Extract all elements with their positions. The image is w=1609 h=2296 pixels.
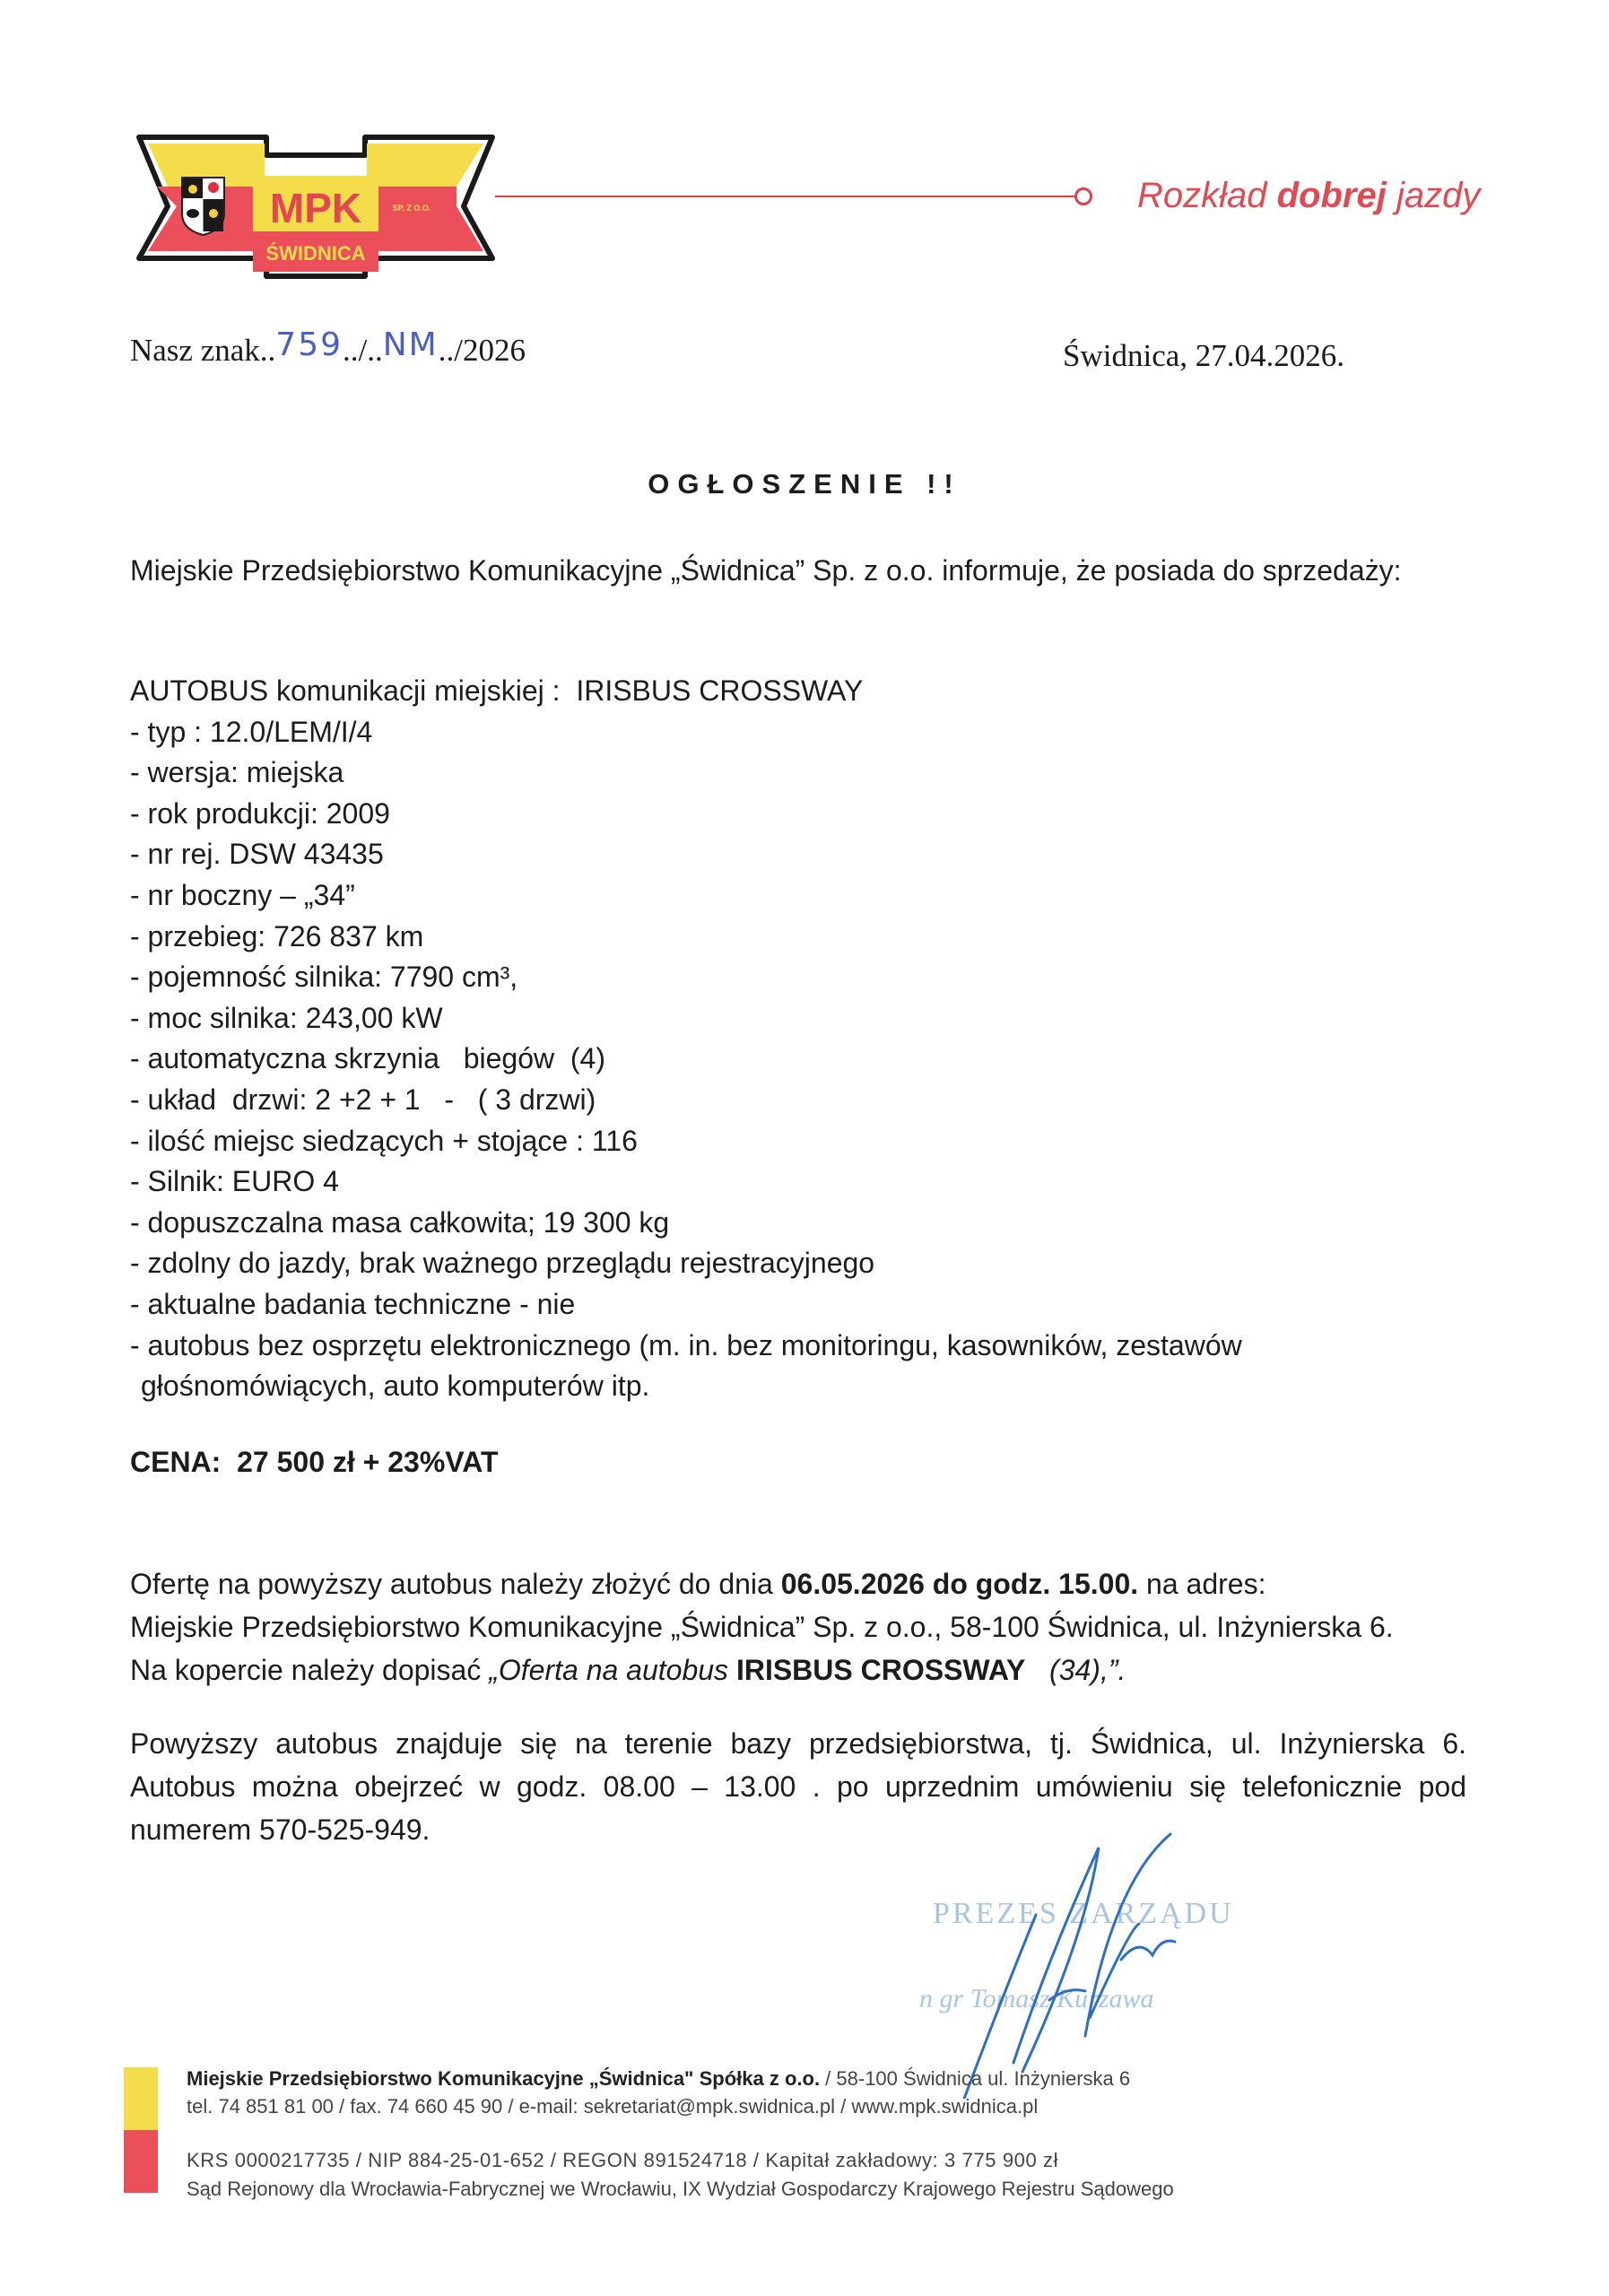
spec-item: - nr boczny – „34” [130,875,1242,917]
envelope-note: „Oferta na autobus [489,1654,736,1686]
logo-mpk-text: MPK [270,185,361,231]
handwritten-number: 759 [275,326,343,363]
slogan-bold: dobrej [1277,176,1387,215]
footer-company-name: Miejskie Przedsiębiorstwo Komunikacyjne … [187,2067,820,2090]
footer-court: Sąd Rejonowy dla Wrocławia-Fabrycznej we… [187,2178,1174,2201]
spec-item: - Silnik: EURO 4 [130,1161,1242,1203]
spec-item: - przebieg: 726 837 km [130,917,1242,958]
offer-line-1: Ofertę na powyższy autobus należy złożyć… [130,1562,1394,1605]
spec-item: - aktualne badania techniczne - nie [130,1284,1242,1326]
offer-line-3: Na kopercie należy dopisać „Oferta na au… [130,1648,1394,1692]
envelope-note-end: (34),”. [1025,1654,1126,1686]
reference-year: ../2026 [439,333,526,368]
page-title: OGŁOSZENIE !! [0,468,1609,500]
slogan-part: jazdy [1387,176,1481,215]
spec-item: - nr rej. DSW 43435 [130,834,1242,875]
reference-label: Nasz znak [130,333,260,368]
offer-paragraph: Ofertę na powyższy autobus należy złożyć… [130,1562,1394,1692]
footer-company: Miejskie Przedsiębiorstwo Komunikacyjne … [187,2067,1130,2091]
spec-item: - ilość miejsc siedzących + stojące : 11… [130,1121,1242,1162]
offer-text: Ofertę na powyższy autobus należy złożyć… [130,1568,781,1600]
reference-number: Nasz znak..759../..NM../2026 [130,332,526,369]
spec-item: - automatyczna skrzynia biegów (4) [130,1039,1242,1080]
handwritten-initials: NM [383,326,439,363]
signature-icon [951,1830,1220,2099]
logo-city-text: ŚWIDNICA [265,242,365,265]
spec-item: - autobus bez osprzętu elektronicznego (… [130,1326,1242,1367]
offer-deadline: 06.05.2026 do godz. 15.00. [781,1568,1138,1600]
mpk-logo: MPK ŚWIDNICA SP. Z O.O. [123,124,509,285]
footer-address: / 58-100 Świdnica ul. Inżynierska 6 [820,2067,1130,2090]
footer-contact: tel. 74 851 81 00 / fax. 74 660 45 90 / … [187,2095,1038,2118]
spec-item: - pojemność silnika: 7790 cm³, [130,957,1242,998]
dots: ../.. [343,333,383,368]
offer-address: Miejskie Przedsiębiorstwo Komunikacyjne … [130,1605,1394,1648]
spec-item: - zdolny do jazdy, brak ważnego przegląd… [130,1243,1242,1284]
spec-item: - wersja: miejska [130,752,1242,794]
spec-item: - typ : 12.0/LEM/I/4 [130,712,1242,753]
location-paragraph: Powyższy autobus znajduje się na terenie… [130,1722,1466,1851]
intro-paragraph: Miejskie Przedsiębiorstwo Komunikacyjne … [130,549,1466,592]
header-circle-icon [1074,187,1092,205]
slogan-part: Rozkład [1137,176,1277,215]
envelope-bus-model: IRISBUS CROSSWAY [736,1654,1025,1686]
specs-heading: AUTOBUS komunikacji miejskiej : IRISBUS … [130,671,1242,712]
spec-item: - rok produkcji: 2009 [130,794,1242,835]
header-divider-line [495,196,1078,197]
spec-item: - moc silnika: 243,00 kW [130,998,1242,1039]
slogan: Rozkład dobrej jazdy [1137,176,1480,216]
offer-text: na adres: [1138,1568,1265,1600]
offer-text: Na kopercie należy dopisać [130,1654,489,1686]
dots: .. [260,333,276,368]
footer-yellow-bar [124,2067,158,2130]
spec-item: - układ drzwi: 2 +2 + 1 - ( 3 drzwi) [130,1080,1242,1121]
coat-of-arms-icon [182,178,224,235]
logo-suffix-text: SP. Z O.O. [393,204,431,213]
specs-list: AUTOBUS komunikacji miejskiej : IRISBUS … [130,671,1242,1407]
location-line: Powyższy autobus znajduje się na terenie… [130,1722,1466,1765]
date-line: Świdnica, 27.04.2026. [1063,338,1344,374]
footer-red-bar [124,2130,158,2193]
location-line: Autobus można obejrzeć w godz. 08.00 – 1… [130,1765,1466,1808]
price: CENA: 27 500 zł + 23%VAT [130,1446,499,1479]
spec-item: - dopuszczalna masa całkowita; 19 300 kg [130,1203,1242,1244]
location-phone-line: numerem 570-525-949. [130,1808,1466,1851]
spec-item-continuation: głośnomówiących, auto komputerów itp. [130,1366,1242,1407]
footer-registry: KRS 0000217735 / NIP 884-25-01-652 / REG… [187,2149,1058,2172]
